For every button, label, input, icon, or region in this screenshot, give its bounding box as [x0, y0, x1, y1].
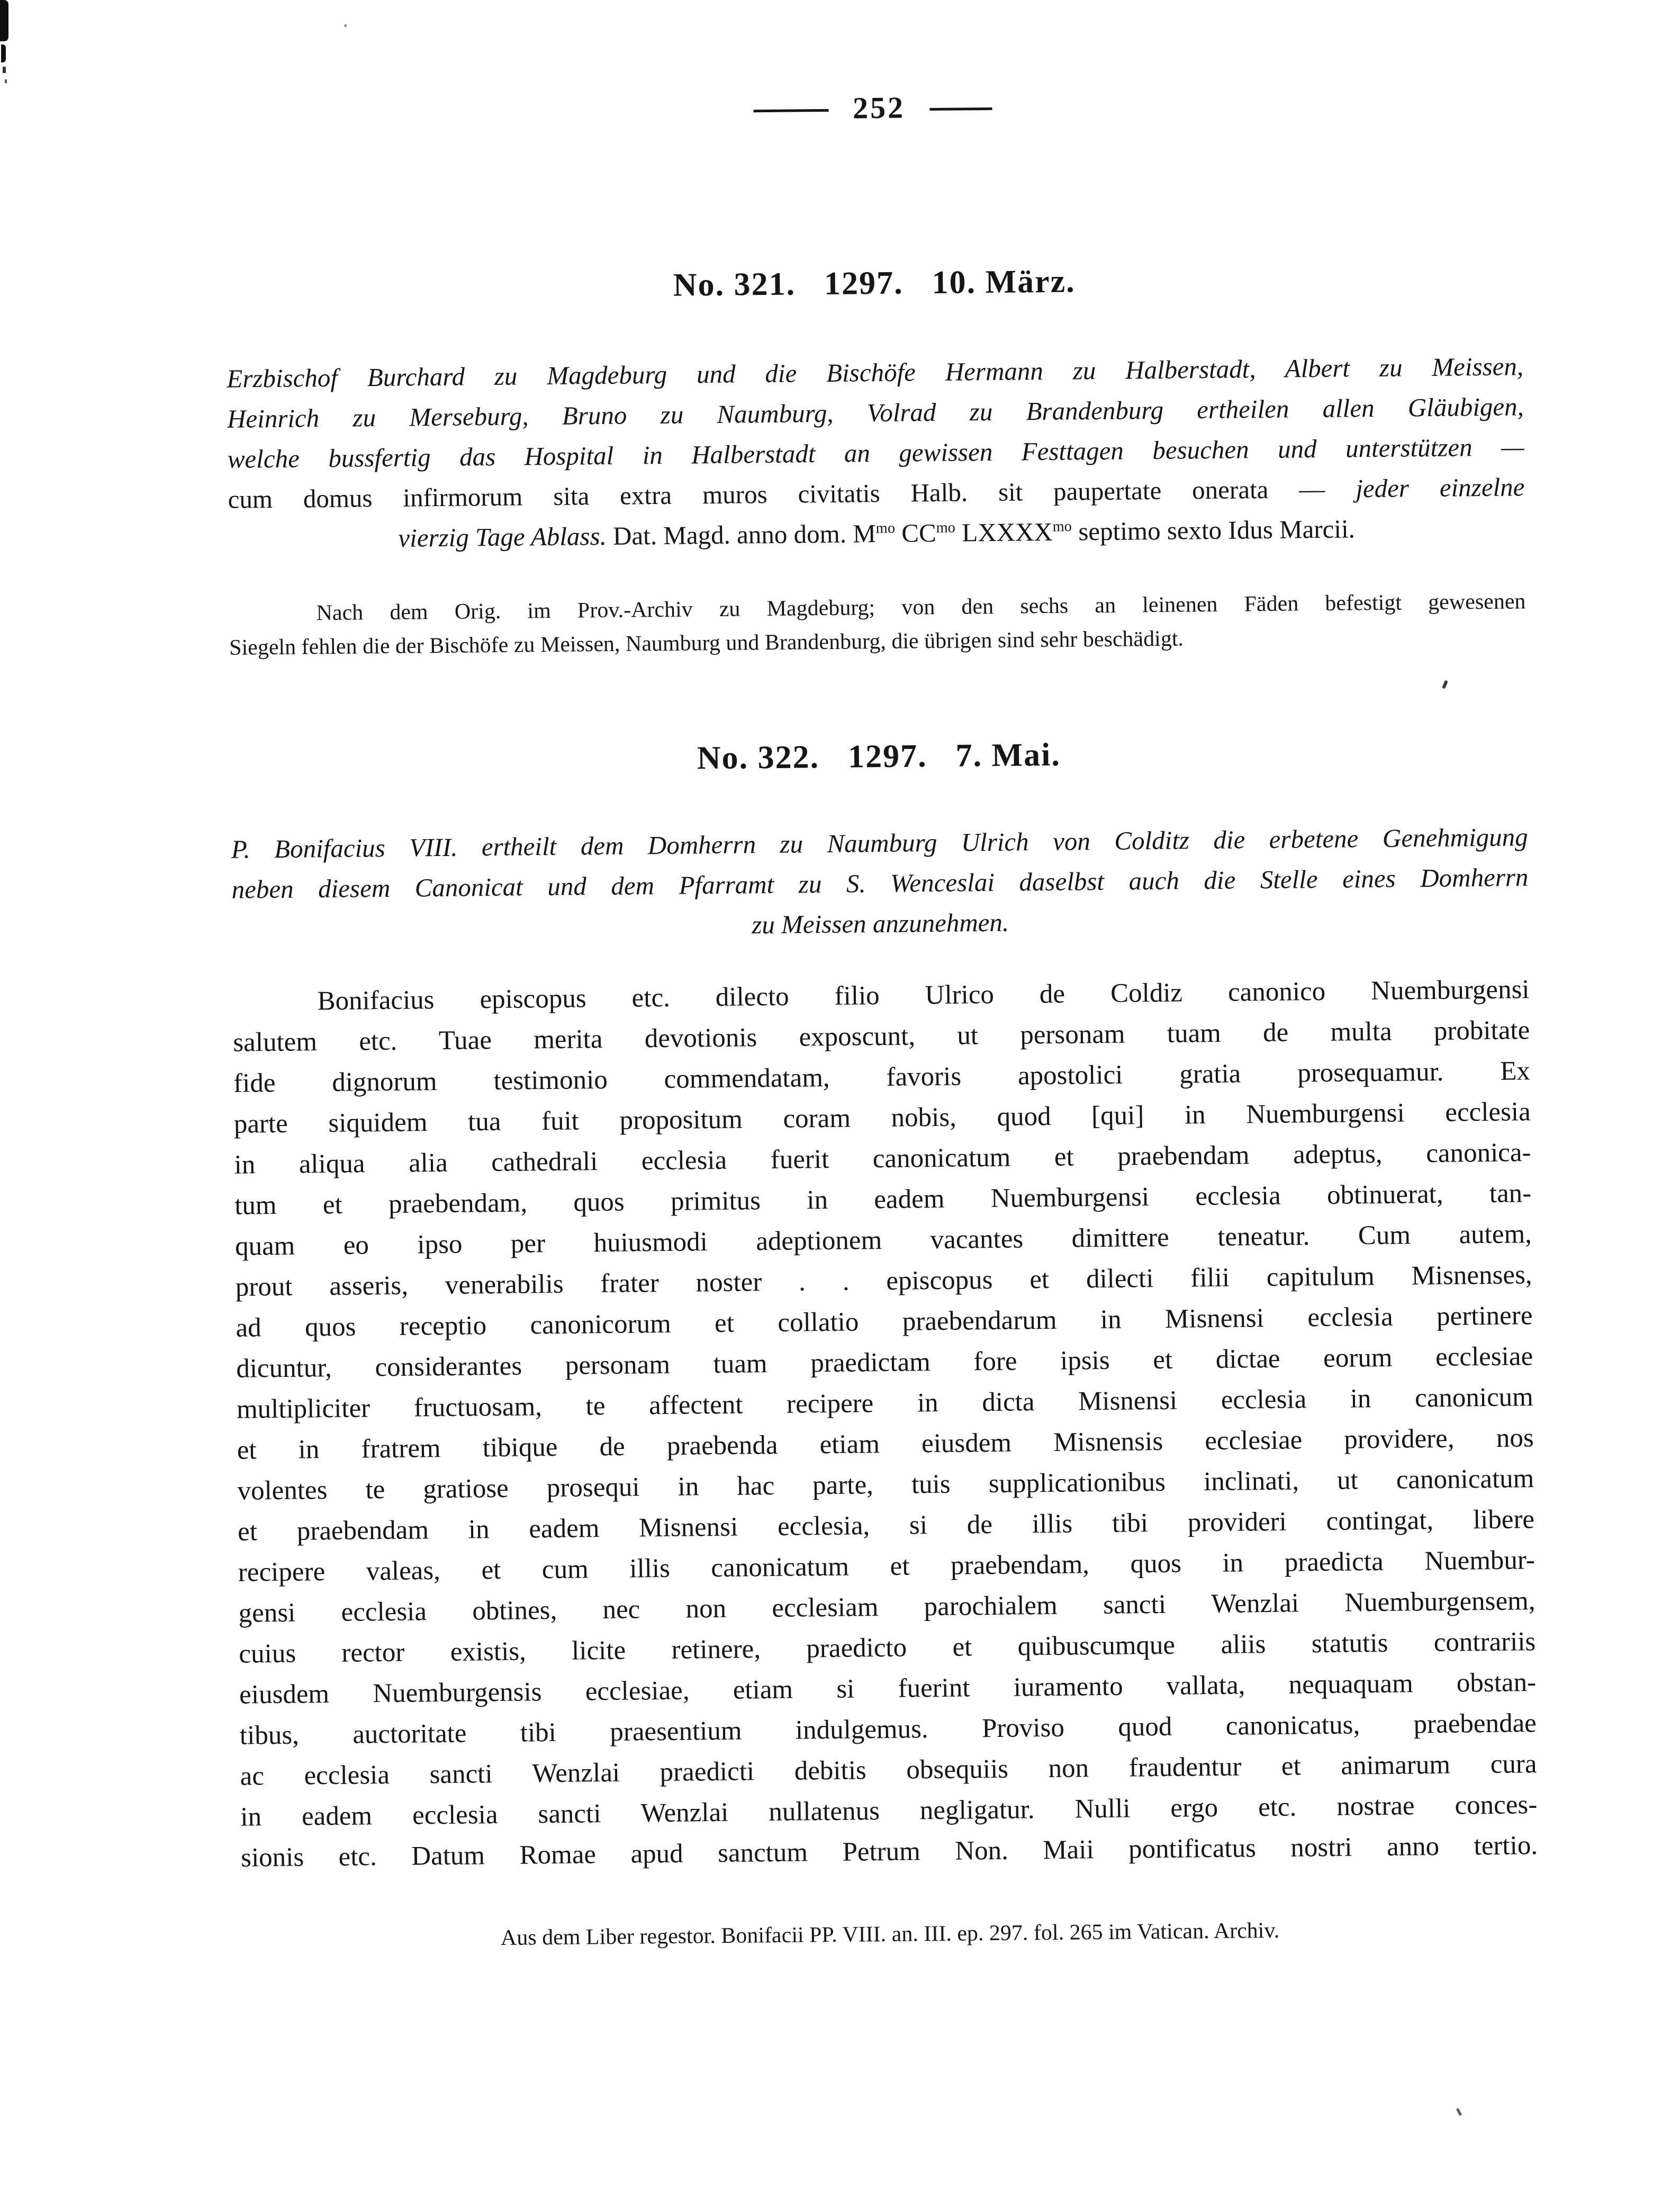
text-segment: tibus, auctoritate tibi praesentium indu… [240, 1708, 1537, 1751]
superscript-segment: mo [1053, 518, 1072, 535]
scan-edge-artifact [1, 44, 6, 62]
text-segment: salutem etc. Tuae merita devotionis expo… [233, 1015, 1530, 1058]
text-segment: multipliciter fructuosam, te affectent r… [237, 1382, 1533, 1425]
text-segment: zu Meissen anzunehmen. [752, 908, 1009, 940]
text-segment: ac ecclesia sancti Wenzlai praedicti deb… [240, 1749, 1537, 1791]
entry-322-source-note: Aus dem Liber regestor. Bonifacii PP. VI… [241, 1911, 1539, 1958]
text-segment: cum domus infirmorum sita extra muros ci… [228, 474, 1356, 514]
text-segment: ad quos receptio canonicorum et collatio… [236, 1301, 1532, 1343]
text-segment: tum et praebendam, quos primitus in eade… [234, 1178, 1531, 1221]
text-segment: dicuntur, considerantes personam tuam pr… [236, 1341, 1533, 1384]
entry-322-date: 7. Mai. [955, 737, 1061, 774]
entry-321-heading: No. 321.1297.10. März. [225, 258, 1523, 309]
text-segment: Dat. Magd. anno dom. M [613, 519, 876, 551]
scan-speck-artifact [344, 24, 347, 27]
text-segment: sionis etc. Datum Romae apud sanctum Pet… [241, 1831, 1538, 1873]
text-segment: parte siquidem tua fuit propositum coram… [234, 1097, 1531, 1139]
entry-322-heading: No. 322.1297.7. Mai. [230, 732, 1528, 782]
header-rule-right [929, 107, 992, 111]
scan-edge-artifact [0, 0, 8, 41]
entry-322-number: No. 322. [697, 739, 819, 776]
text-segment: gensi ecclesia obtines, nec non ecclesia… [238, 1586, 1535, 1628]
text-segment: P. Bonifacius VIII. ertheilt dem Domherr… [231, 822, 1528, 864]
text-segment: volentes te gratiose prosequi in hac par… [237, 1464, 1534, 1506]
text-segment: et praebendam in eadem Misnensi ecclesia… [238, 1505, 1534, 1547]
text-segment: septimo sexto Idus Marcii. [1072, 514, 1355, 546]
scan-speck-artifact [1456, 2108, 1462, 2116]
text-segment: fide dignorum testimonio commendatam, fa… [233, 1056, 1530, 1098]
text-segment: Siegeln fehlen die der Bischöfe zu Meiss… [229, 626, 1184, 660]
text-segment: welche bussfertig das Hospital in Halber… [227, 432, 1524, 474]
entry-321-date: 10. März. [932, 263, 1076, 301]
entry-321: No. 321.1297.10. März. Erzbischof Burcha… [225, 258, 1526, 664]
scan-edge-artifact [3, 67, 6, 73]
entry-321-source-note: Nach dem Orig. im Prov.-Archiv zu Magdeb… [229, 584, 1526, 665]
scan-edge-artifact [5, 79, 7, 83]
text-segment: Bonifacius episcopus etc. dilecto filio … [317, 975, 1529, 1016]
entry-322-body-text: Bonifacius episcopus etc. dilecto filio … [232, 969, 1538, 1878]
text-segment: eiusdem Nuemburgensis ecclesiae, etiam s… [239, 1668, 1536, 1710]
entry-321-number: No. 321. [673, 266, 796, 303]
text-segment: in eadem ecclesia sancti Wenzlai nullate… [240, 1790, 1537, 1832]
entry-322: No. 322.1297.7. Mai. P. Bonifacius VIII.… [230, 732, 1539, 1957]
text-line: Aus dem Liber regestor. Bonifacii PP. VI… [241, 1911, 1539, 1958]
entry-322-year: 1297. [848, 738, 927, 774]
text-segment: et in fratrem tibique de praebenda etiam… [237, 1423, 1533, 1465]
text-segment: cuius rector existis, licite retinere, p… [239, 1627, 1536, 1669]
entry-322-summary: P. Bonifacius VIII. ertheilt dem Domherr… [231, 817, 1529, 950]
entry-321-summary: Erzbischof Burchard zu Magdeburg und die… [227, 346, 1525, 560]
scanned-book-page: 252 No. 321.1297.10. März. Erzbischof Bu… [224, 84, 1539, 1957]
text-segment: Nach dem Orig. im Prov.-Archiv zu Magdeb… [316, 589, 1525, 625]
text-segment: in aliqua alia cathedrali ecclesia fueri… [234, 1138, 1531, 1180]
text-segment: recipere valeas, et cum illis canonicatu… [238, 1545, 1535, 1588]
page-header: 252 [224, 84, 1521, 139]
text-segment: CC [895, 518, 936, 548]
text-segment: quam eo ipso per huiusmodi adeptionem va… [235, 1219, 1532, 1262]
text-segment: vierzig Tage Ablass. [398, 521, 613, 553]
header-rule-left [753, 109, 828, 112]
text-segment: Aus dem Liber regestor. Bonifacii PP. VI… [501, 1918, 1280, 1950]
superscript-segment: mo [876, 520, 896, 536]
text-segment: LXXXX [955, 517, 1053, 547]
text-segment: neben diesem Canonicat und dem Pfarramt … [231, 862, 1528, 904]
superscript-segment: mo [936, 519, 955, 536]
text-segment: prout asseris, venerabilis frater noster… [236, 1260, 1532, 1302]
page-number: 252 [853, 89, 906, 125]
text-segment: jeder einzelne [1356, 472, 1525, 503]
text-segment: Erzbischof Burchard zu Magdeburg und die… [227, 352, 1523, 393]
entry-321-year: 1297. [824, 265, 904, 302]
text-segment: Heinrich zu Merseburg, Bruno zu Naumburg… [227, 392, 1524, 434]
